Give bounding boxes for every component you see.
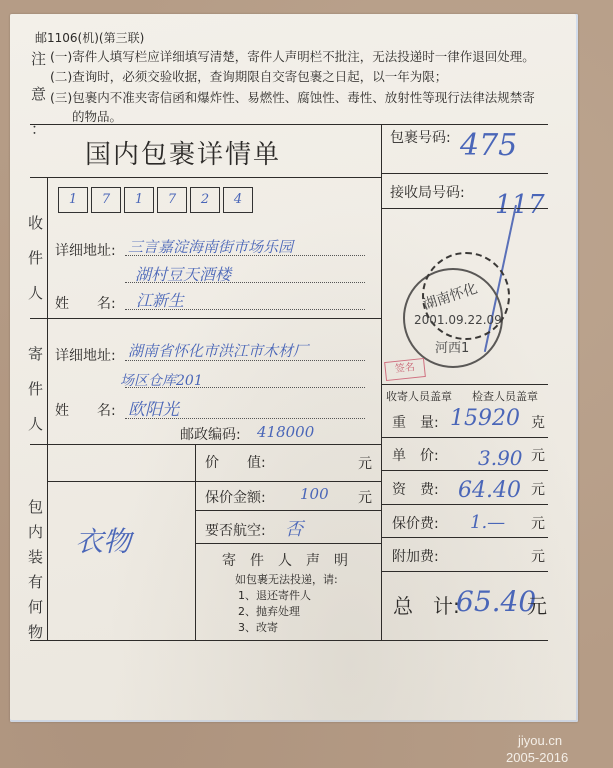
side-char: 装 (28, 546, 43, 567)
total-unit: 元 (527, 590, 547, 619)
divider (381, 504, 548, 505)
insurance-fee-value[interactable]: 1.— (470, 512, 505, 533)
dotted-rule (125, 418, 365, 419)
divider (30, 124, 548, 125)
insurance-fee-unit: 元 (531, 513, 545, 533)
divider (30, 444, 382, 445)
watermark-years: 2005-2016 (506, 750, 568, 765)
surcharge-unit: 元 (531, 546, 545, 566)
note-2: (二)查询时，必须交验收据，查询期限自交寄包裹之日起，以一年为限； (50, 67, 447, 85)
sender-postcode-value[interactable]: 418000 (257, 423, 314, 441)
declaration-option-abandon[interactable]: 2、抛弃处理 (238, 603, 300, 619)
contents-value[interactable]: 衣物 (75, 520, 131, 560)
surcharge-label: 附加费: (392, 546, 439, 566)
side-char: 件 (28, 247, 43, 268)
air-mail-value[interactable]: 否 (285, 515, 303, 541)
total-value[interactable]: 65.40 (456, 585, 536, 618)
postage-value[interactable]: 64.40 (458, 478, 521, 503)
insured-value[interactable]: 100 (300, 485, 329, 503)
notes-label-char: ： (31, 118, 46, 139)
side-char: 有 (28, 571, 43, 592)
side-char: 物 (28, 621, 43, 642)
postcode-box[interactable]: 1 (124, 187, 154, 213)
postcode-box[interactable]: 1 (58, 187, 88, 213)
divider (195, 543, 382, 544)
side-char: 收 (28, 212, 43, 233)
dotted-rule (125, 282, 365, 283)
divider (47, 481, 382, 482)
receiver-seal-label: 收寄人员盖章 (386, 388, 452, 404)
divider (381, 470, 548, 471)
note-3: (三)包裹内不准夹寄信函和爆炸性、易燃性、腐蚀性、毒性、放射性等现行法律法规禁寄 (50, 88, 535, 106)
postcode-box[interactable]: 7 (91, 187, 121, 213)
recipient-address-line1[interactable]: 三言嘉淀海南街市场乐园 (128, 236, 293, 257)
unit-price-label: 单 价: (392, 445, 439, 465)
dotted-rule (125, 309, 365, 310)
watermark-site: jiyou.cn (518, 733, 562, 748)
recipient-side-label: 收 件 人 (28, 212, 43, 303)
parcel-number-value[interactable]: 475 (460, 128, 517, 163)
postmark-date: 2001.09.22.09 (414, 313, 502, 327)
postage-unit: 元 (531, 479, 545, 499)
declaration-intro: 如包裹无法投递，请: (235, 571, 338, 587)
parcel-number-label: 包裹号码: (390, 127, 451, 147)
insured-unit: 元 (358, 487, 372, 507)
side-char: 寄 (28, 343, 43, 364)
divider (30, 640, 548, 641)
postage-label: 资 费: (392, 479, 439, 499)
declaration-option-return[interactable]: 1、退还寄件人 (238, 587, 311, 603)
sender-address-line1[interactable]: 湖南省怀化市洪江市木材厂 (128, 340, 308, 361)
postmark-office: 河西1 (435, 337, 469, 356)
notes-label-char: 注 (31, 48, 46, 69)
receiving-office-value[interactable]: 117 (495, 190, 545, 220)
postcode-box[interactable]: 4 (223, 187, 253, 213)
postcode-box[interactable]: 7 (157, 187, 187, 213)
recipient-address-label: 详细地址: (55, 240, 116, 260)
inspector-seal-label: 检查人员盖章 (472, 388, 538, 404)
note-3-cont: 的物品。 (72, 107, 122, 125)
form-title: 国内包裹详情单 (85, 134, 281, 171)
divider (30, 177, 382, 178)
divider (381, 208, 548, 209)
insured-label: 保价金额: (205, 487, 266, 507)
contents-side-label: 包 内 装 有 何 物 (28, 496, 43, 642)
declaration-title: 寄 件 人 声 明 (222, 550, 348, 570)
weight-label: 重 量: (392, 412, 439, 432)
form-code: 邮1106(机)(第三联) (35, 29, 144, 46)
recipient-name-value[interactable]: 江新生 (136, 288, 184, 311)
unit-price-value[interactable]: 3.90 (478, 446, 523, 470)
recipient-name-label: 姓 名: (55, 293, 116, 313)
declaration-option-redirect[interactable]: 3、改寄 (238, 619, 278, 635)
divider (195, 510, 382, 511)
side-char: 人 (28, 282, 43, 303)
side-char: 何 (28, 596, 43, 617)
divider (381, 124, 382, 640)
side-char: 内 (28, 521, 43, 542)
sender-address-label: 详细地址: (55, 345, 116, 365)
sender-name-label: 姓 名: (55, 400, 116, 420)
divider (381, 571, 548, 572)
postcode-box[interactable]: 2 (190, 187, 220, 213)
sender-name-value[interactable]: 欧阳光 (128, 395, 179, 420)
postcode-digit: 7 (158, 188, 186, 212)
divider (381, 384, 548, 385)
value-label: 价 值: (205, 452, 266, 472)
postcode-digit: 1 (59, 188, 87, 212)
divider (47, 177, 48, 640)
weight-unit: 克 (531, 412, 545, 432)
air-mail-label: 要否航空: (205, 520, 266, 540)
side-char: 人 (28, 413, 43, 434)
notes-label: 注 意 ： (31, 48, 46, 139)
value-unit: 元 (358, 453, 372, 473)
total-label: 总 计: (393, 590, 460, 619)
dotted-rule (125, 360, 365, 361)
weight-value[interactable]: 15920 (450, 406, 520, 431)
divider (381, 437, 548, 438)
receiving-office-label: 接收局号码: (390, 182, 465, 202)
notes-label-char: 意 (31, 83, 46, 104)
side-char: 件 (28, 378, 43, 399)
side-char: 包 (28, 496, 43, 517)
insurance-fee-label: 保价费: (392, 513, 439, 533)
divider (381, 173, 548, 174)
unit-price-unit: 元 (531, 445, 545, 465)
postcode-digit: 2 (191, 188, 219, 212)
postcode-digit: 4 (224, 188, 252, 212)
sender-side-label: 寄 件 人 (28, 343, 43, 434)
note-1: (一)寄件人填写栏应详细填写清楚，寄件人声明栏不批注，无法投递时一律作退回处理。 (50, 47, 535, 65)
divider (381, 537, 548, 538)
postcode-digit: 7 (92, 188, 120, 212)
sender-postcode-label: 邮政编码: (180, 424, 241, 444)
divider (195, 444, 196, 640)
divider (30, 318, 382, 319)
dotted-rule (125, 387, 365, 388)
dotted-rule (125, 255, 365, 256)
postcode-digit: 1 (125, 188, 153, 212)
